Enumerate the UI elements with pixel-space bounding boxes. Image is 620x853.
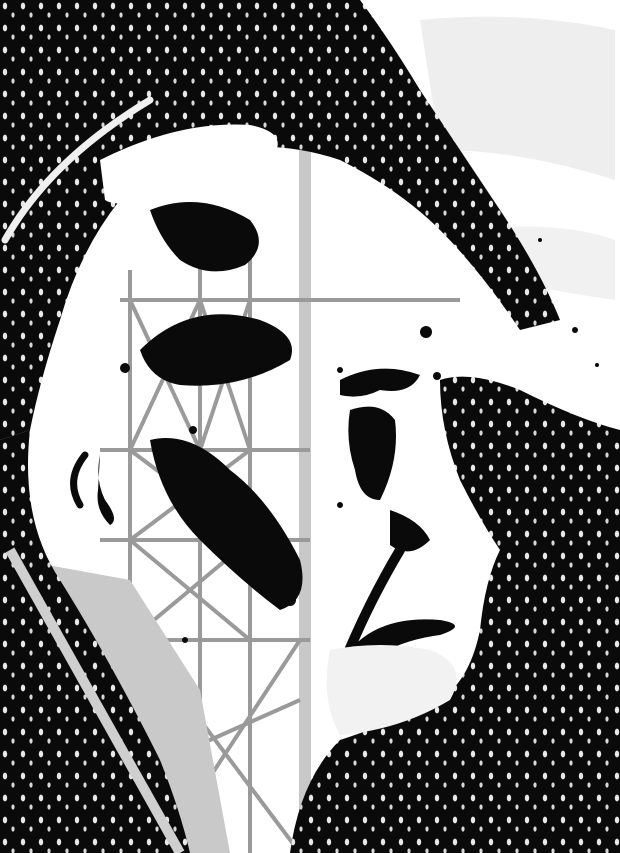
- halftone-portrait-artwork: [0, 0, 620, 853]
- portrait-svg: [0, 0, 620, 853]
